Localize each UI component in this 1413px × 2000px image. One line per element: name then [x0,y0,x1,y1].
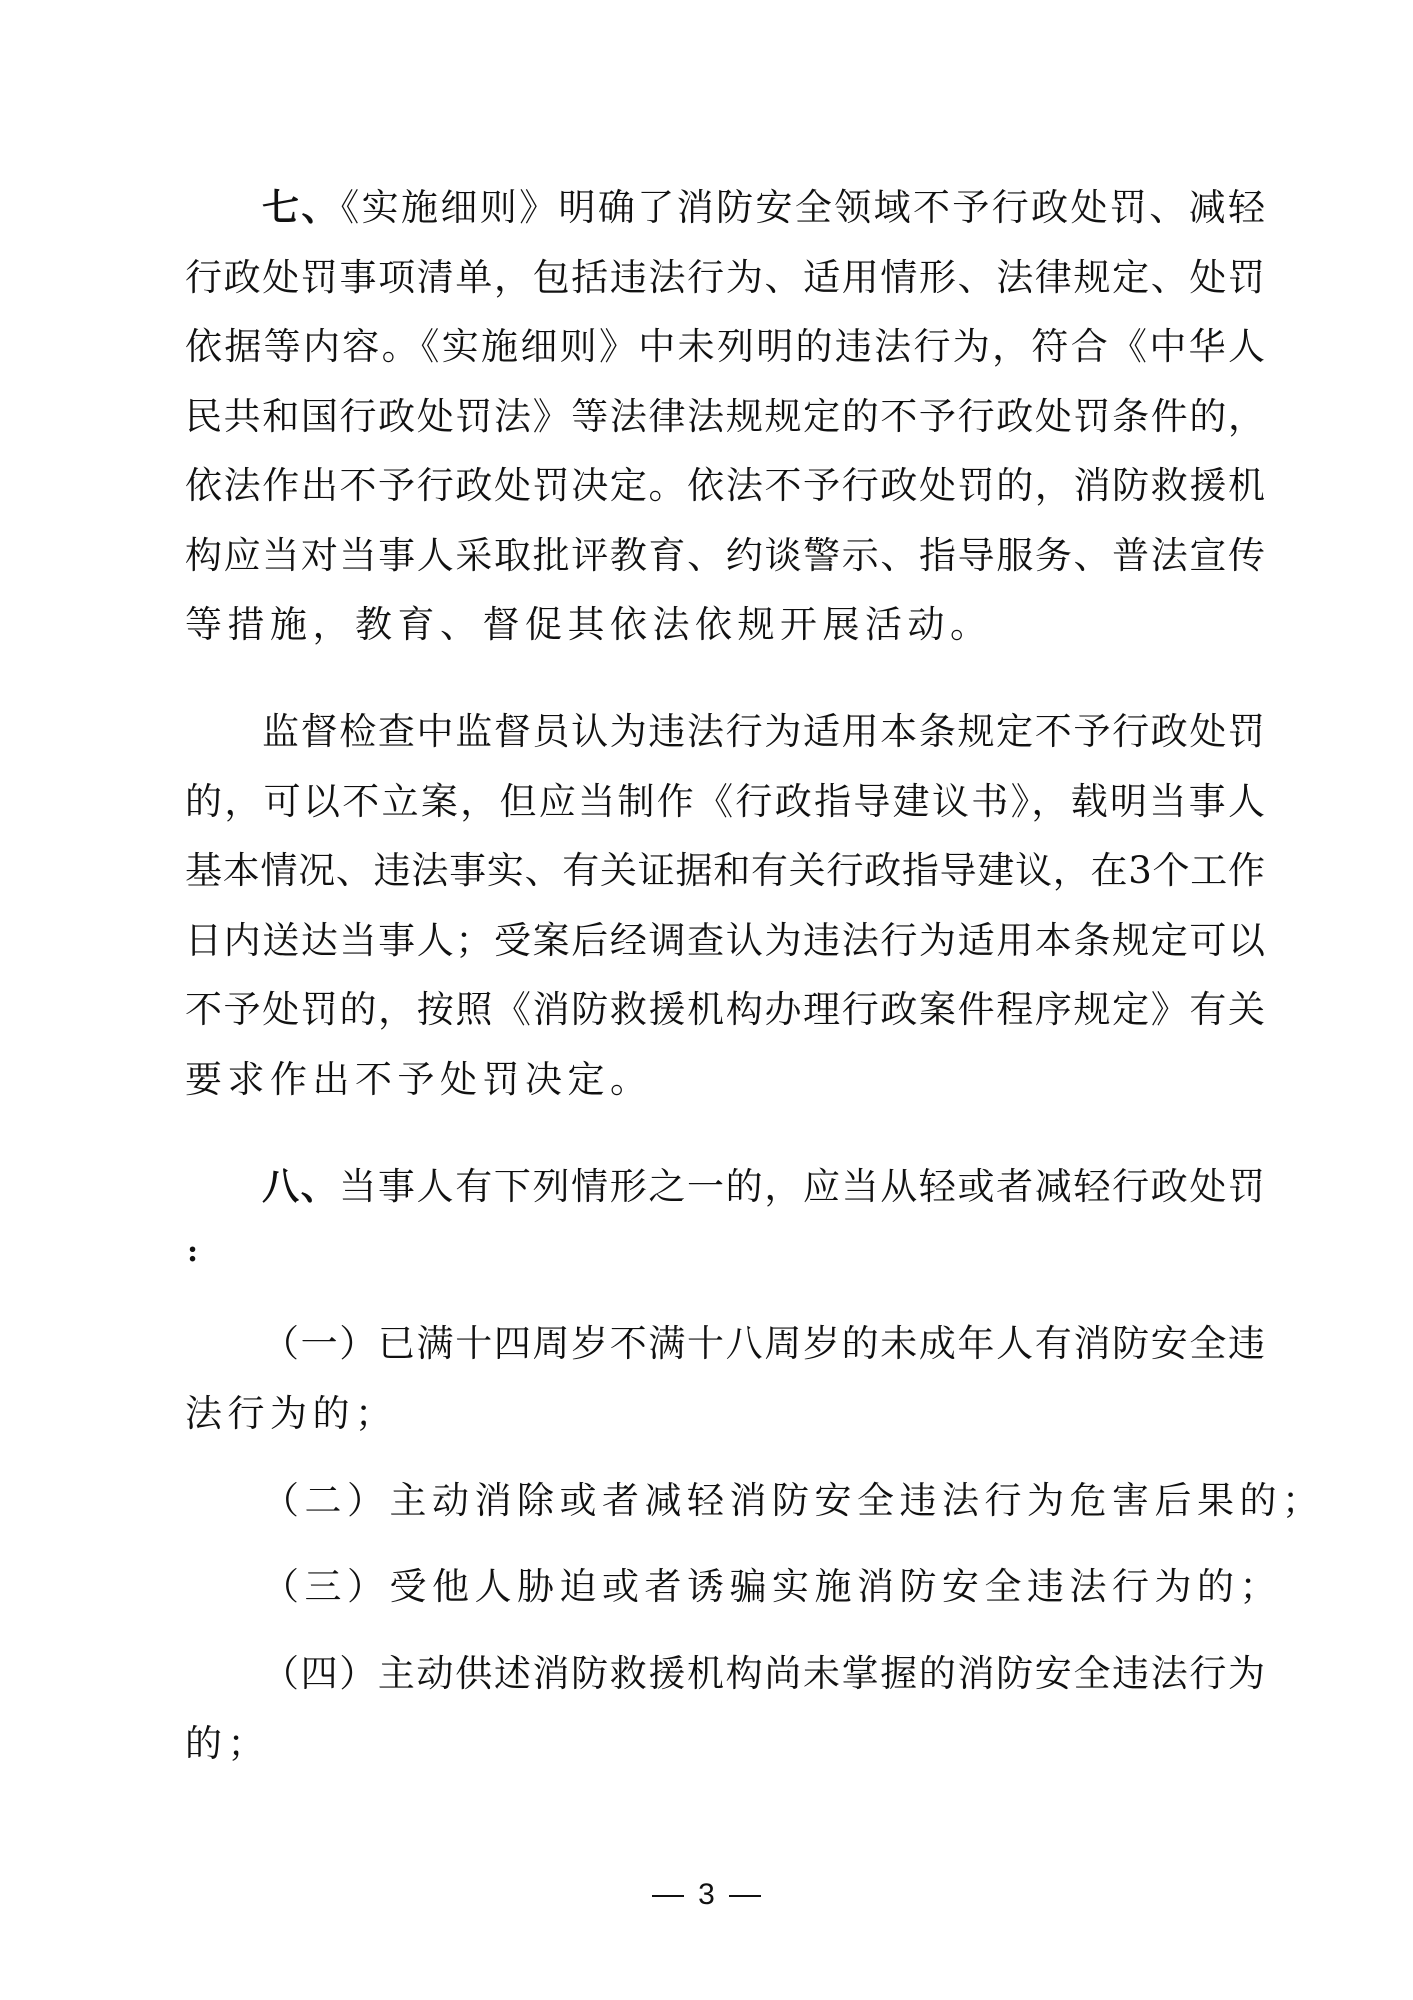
section-seven-line-3: 依据等内容。《实施细则》中未列明的违法行为，符合《中华人 [185,322,1265,372]
supervision-line-2: 的，可以不立案，但应当制作《行政指导建议书》，载明当事人 [185,777,1265,827]
section-seven-line-7: 等措施，教育、督促其依法依规开展活动。 [185,600,1265,650]
page-footer: 3 [0,1875,1413,1915]
supervision-line-5: 不予处罚的，按照《消防救援机构办理行政案件程序规定》有关 [185,985,1265,1035]
dash-right [729,1895,761,1897]
page-number: 3 [698,1878,715,1911]
supervision-line-3: 基本情况、违法事实、有关证据和有关行政指导建议，在3个工作 [185,846,1265,896]
supervision-line-1: 监督检查中监督员认为违法行为适用本条规定不予行政处罚 [262,707,1265,757]
supervision-line-4: 日内送达当事人；受案后经调查认为违法行为适用本条规定可以 [185,916,1265,966]
section-eight-heading: 八、 [262,1165,339,1208]
supervision-line-6: 要求作出不予处罚决定。 [185,1055,1265,1105]
section-seven-line-2: 行政处罚事项清单，包括违法行为、适用情形、法律规定、处罚 [185,253,1265,303]
section-seven-line-1: 七、《实施细则》明确了消防安全领域不予行政处罚、减轻 [262,183,1265,233]
list-item-3: （三）受他人胁迫或者诱骗实施消防安全违法行为的； [262,1562,1265,1612]
document-page: 七、《实施细则》明确了消防安全领域不予行政处罚、减轻 行政处罚事项清单，包括违法… [0,0,1413,2000]
section-seven-line-4: 民共和国行政处罚法》等法律法规规定的不予行政处罚条件的， [185,392,1265,442]
list-item-4-line-1: （四）主动供述消防救援机构尚未掌握的消防安全违法行为 [262,1649,1265,1699]
section-eight-colon: : [187,1232,198,1272]
list-item-2: （二）主动消除或者减轻消防安全违法行为危害后果的； [262,1476,1265,1526]
section-seven-line-6: 构应当对当事人采取批评教育、约谈警示、指导服务、普法宣传 [185,531,1265,581]
section-eight-line-1: 八、当事人有下列情形之一的，应当从轻或者减轻行政处罚 [262,1162,1265,1212]
list-item-1-line-2: 法行为的； [185,1389,1265,1439]
section-seven-heading: 七、 [262,186,341,229]
list-item-1-line-1: （一）已满十四周岁不满十八周岁的未成年人有消防安全违 [262,1319,1265,1369]
section-seven-line-5: 依法作出不予行政处罚决定。依法不予行政处罚的，消防救援机 [185,461,1265,511]
dash-left [652,1895,684,1897]
list-item-4-line-2: 的； [185,1719,1265,1769]
